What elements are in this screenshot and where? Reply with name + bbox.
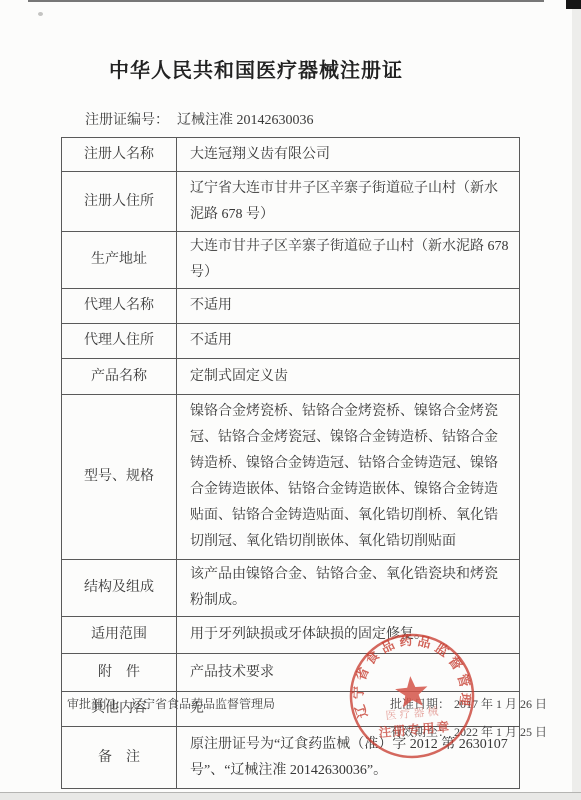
valid-until-value: 2022 年 1 月 25 日 [454, 725, 547, 739]
table-row: 产品名称 定制式固定义齿 [62, 359, 520, 395]
registration-number-value: 辽械注准 20142630036 [177, 113, 314, 128]
row-label: 注册人住所 [62, 172, 177, 232]
table-row: 注册人住所 辽宁省大连市甘井子区辛寨子街道砬子山村（新水泥路 678 号） [62, 172, 520, 232]
scan-artifact-top-line [28, 0, 544, 2]
row-label: 产品名称 [62, 359, 177, 395]
approval-department-value: 辽宁省食品药品监督管理局 [131, 697, 275, 711]
row-label: 附 件 [62, 654, 177, 692]
approval-dates: 批准日期：2017 年 1 月 26 日 有效期至：2022 年 1 月 25 … [390, 695, 547, 751]
scan-artifact-speck [38, 12, 43, 16]
registration-number-label: 注册证编号： [85, 113, 169, 128]
table-row: 型号、规格 镍铬合金烤瓷桥、钴铬合金烤瓷桥、镍铬合金烤瓷冠、钴铬合金烤瓷冠、镍铬… [62, 395, 520, 560]
row-value: 产品技术要求 [177, 654, 520, 692]
table-row: 适用范围 用于牙列缺损或牙体缺损的固定修复。 [62, 617, 520, 654]
paper-bottom-edge [0, 792, 581, 800]
row-value: 定制式固定义齿 [177, 359, 520, 395]
table-row: 生产地址 大连市甘井子区辛寨子街道砬子山村（新水泥路 678 号） [62, 232, 520, 289]
valid-until-line: 有效期至：2022 年 1 月 25 日 [390, 723, 547, 740]
row-value: 镍铬合金烤瓷桥、钴铬合金烤瓷桥、镍铬合金烤瓷冠、钴铬合金烤瓷冠、镍铬合金铸造桥、… [177, 395, 520, 560]
row-label: 注册人名称 [62, 138, 177, 172]
approval-department: 审批部门：辽宁省食品药品监督管理局 [67, 695, 275, 712]
certificate-title: 中华人民共和国医疗器械注册证 [0, 54, 512, 83]
row-label: 备 注 [62, 727, 177, 789]
scan-artifact-corner-mark [566, 0, 581, 9]
row-label: 代理人名称 [62, 289, 177, 324]
row-value: 该产品由镍铬合金、钴铬合金、氧化锆瓷块和烤瓷粉制成。 [177, 560, 520, 617]
table-row: 代理人名称 不适用 [62, 289, 520, 324]
table-row: 结构及组成 该产品由镍铬合金、钴铬合金、氧化锆瓷块和烤瓷粉制成。 [62, 560, 520, 617]
certificate-table: 注册人名称 大连冠翔义齿有限公司 注册人住所 辽宁省大连市甘井子区辛寨子街道砬子… [61, 137, 520, 789]
row-value: 大连冠翔义齿有限公司 [177, 138, 520, 172]
approval-date-value: 2017 年 1 月 26 日 [454, 697, 547, 711]
row-label: 代理人住所 [62, 324, 177, 359]
row-value: 用于牙列缺损或牙体缺损的固定修复。 [177, 617, 520, 654]
row-value: 辽宁省大连市甘井子区辛寨子街道砬子山村（新水泥路 678 号） [177, 172, 520, 232]
certificate-page: 中华人民共和国医疗器械注册证 注册证编号：辽械注准 20142630036 注册… [0, 0, 581, 800]
row-label: 型号、规格 [62, 395, 177, 560]
row-value: 不适用 [177, 324, 520, 359]
row-label: 结构及组成 [62, 560, 177, 617]
valid-until-label: 有效期至： [390, 725, 450, 739]
row-label: 适用范围 [62, 617, 177, 654]
table-row: 注册人名称 大连冠翔义齿有限公司 [62, 138, 520, 172]
registration-number-line: 注册证编号：辽械注准 20142630036 [85, 109, 314, 129]
row-value: 不适用 [177, 289, 520, 324]
paper-right-edge [572, 0, 581, 800]
row-label: 生产地址 [62, 232, 177, 289]
approval-date-label: 批准日期： [390, 697, 450, 711]
approval-department-label: 审批部门： [67, 697, 127, 711]
approval-date-line: 批准日期：2017 年 1 月 26 日 [390, 695, 547, 712]
row-value: 大连市甘井子区辛寨子街道砬子山村（新水泥路 678 号） [177, 232, 520, 289]
table-row: 附 件 产品技术要求 [62, 654, 520, 692]
table-row: 代理人住所 不适用 [62, 324, 520, 359]
